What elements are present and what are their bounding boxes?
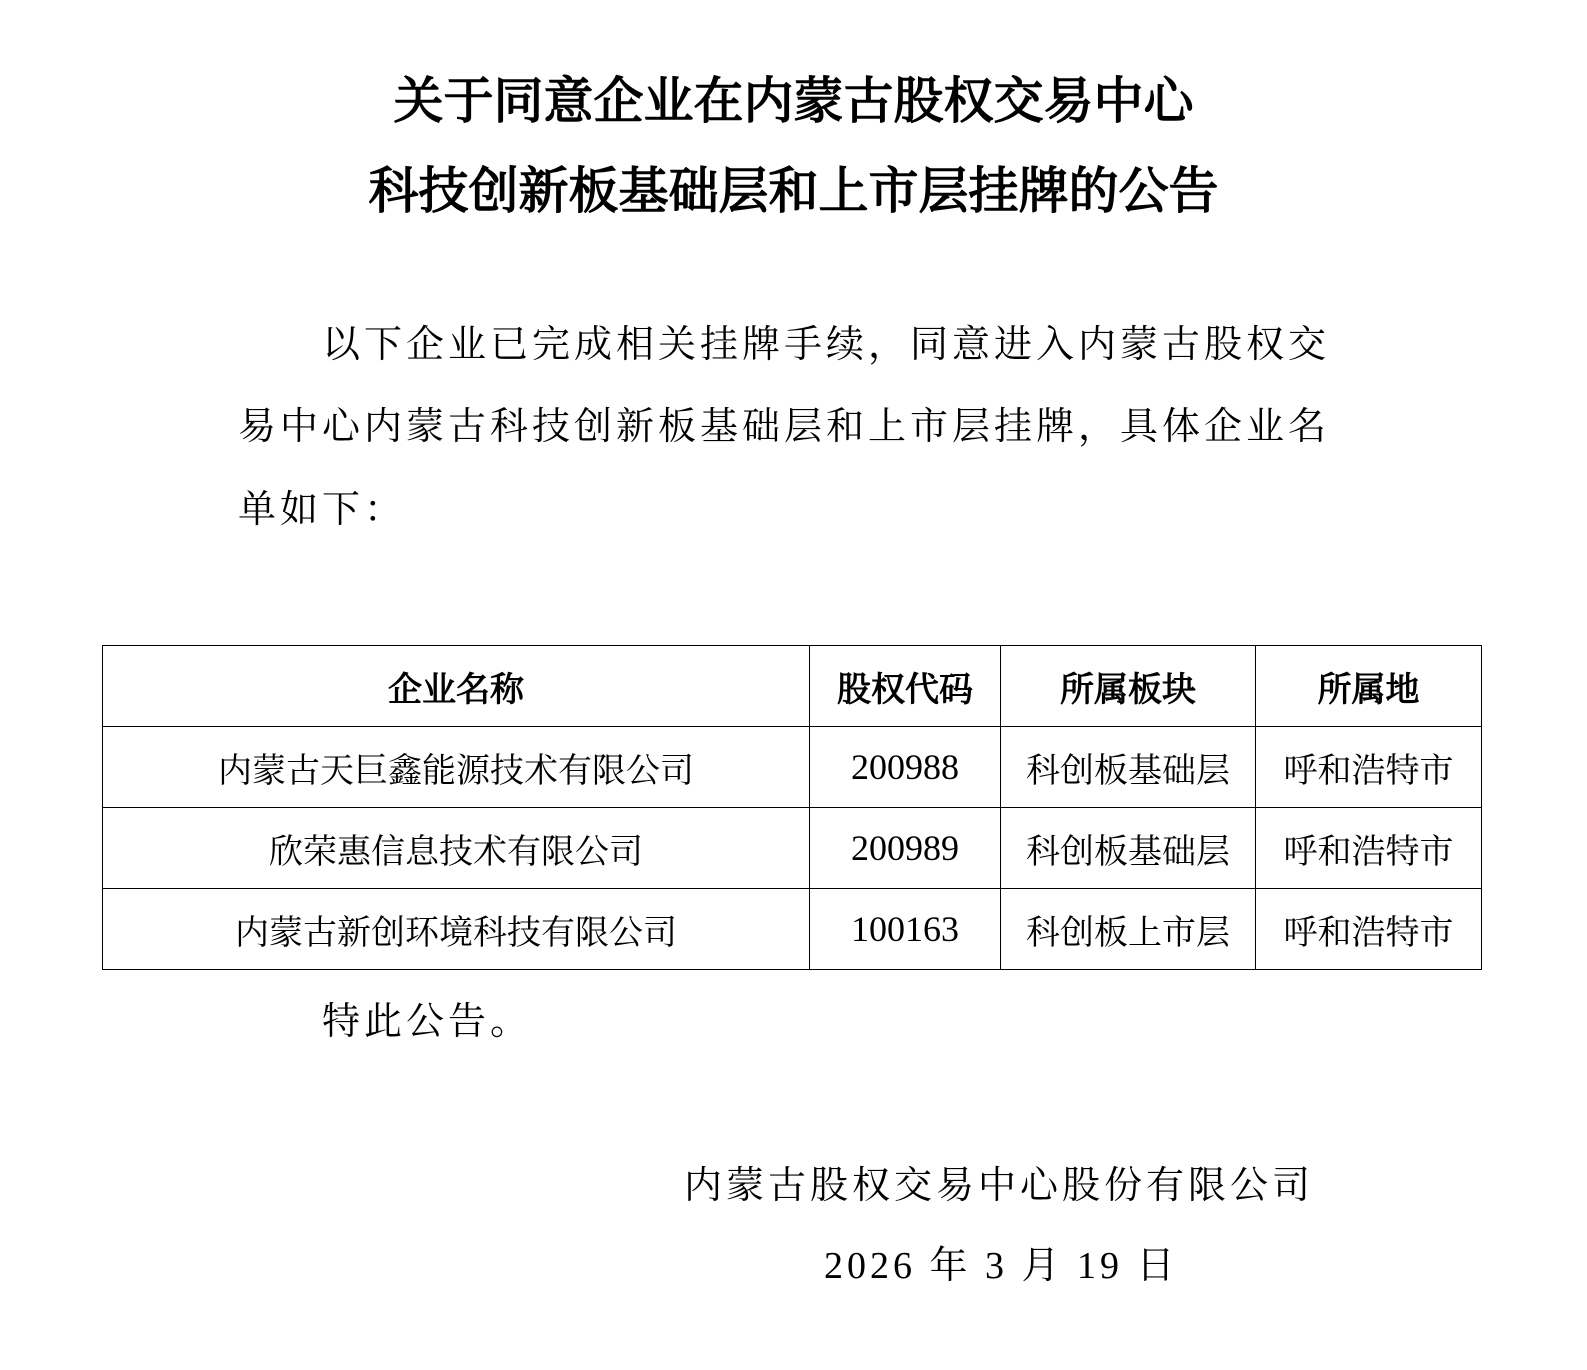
enterprise-list-table: 企业名称 股权代码 所属板块 所属地 内蒙古天巨鑫能源技术有限公司 200988… (102, 645, 1482, 970)
location: 呼和浩特市 (1256, 889, 1482, 970)
header-board: 所属板块 (1001, 646, 1256, 727)
table-row: 欣荣惠信息技术有限公司 200989 科创板基础层 呼和浩特市 (103, 808, 1482, 889)
equity-code: 200989 (810, 808, 1001, 889)
announcement-title-line-1: 关于同意企业在内蒙古股权交易中心 (0, 76, 1587, 126)
signer-organization: 内蒙古股权交易中心股份有限公司 (684, 1166, 1314, 1204)
header-company-name: 企业名称 (103, 646, 810, 727)
body-text-line-1: 以下企业已完成相关挂牌手续，同意进入内蒙古股权交 (322, 325, 1330, 363)
board: 科创板基础层 (1001, 727, 1256, 808)
announcement-date: 2026 年 3 月 19 日 (824, 1247, 1179, 1285)
location: 呼和浩特市 (1256, 727, 1482, 808)
table-row: 内蒙古新创环境科技有限公司 100163 科创板上市层 呼和浩特市 (103, 889, 1482, 970)
board: 科创板上市层 (1001, 889, 1256, 970)
announcement-title-line-2: 科技创新板基础层和上市层挂牌的公告 (0, 166, 1587, 216)
closing-statement: 特此公告。 (322, 1002, 532, 1040)
board: 科创板基础层 (1001, 808, 1256, 889)
body-text-line-2: 易中心内蒙古科技创新板基础层和上市层挂牌，具体企业名 (238, 407, 1330, 445)
equity-code: 100163 (810, 889, 1001, 970)
table-header-row: 企业名称 股权代码 所属板块 所属地 (103, 646, 1482, 727)
header-equity-code: 股权代码 (810, 646, 1001, 727)
company-name: 内蒙古天巨鑫能源技术有限公司 (103, 727, 810, 808)
body-text-line-3: 单如下： (238, 490, 406, 528)
company-name: 内蒙古新创环境科技有限公司 (103, 889, 810, 970)
table-row: 内蒙古天巨鑫能源技术有限公司 200988 科创板基础层 呼和浩特市 (103, 727, 1482, 808)
company-name: 欣荣惠信息技术有限公司 (103, 808, 810, 889)
location: 呼和浩特市 (1256, 808, 1482, 889)
header-location: 所属地 (1256, 646, 1482, 727)
equity-code: 200988 (810, 727, 1001, 808)
